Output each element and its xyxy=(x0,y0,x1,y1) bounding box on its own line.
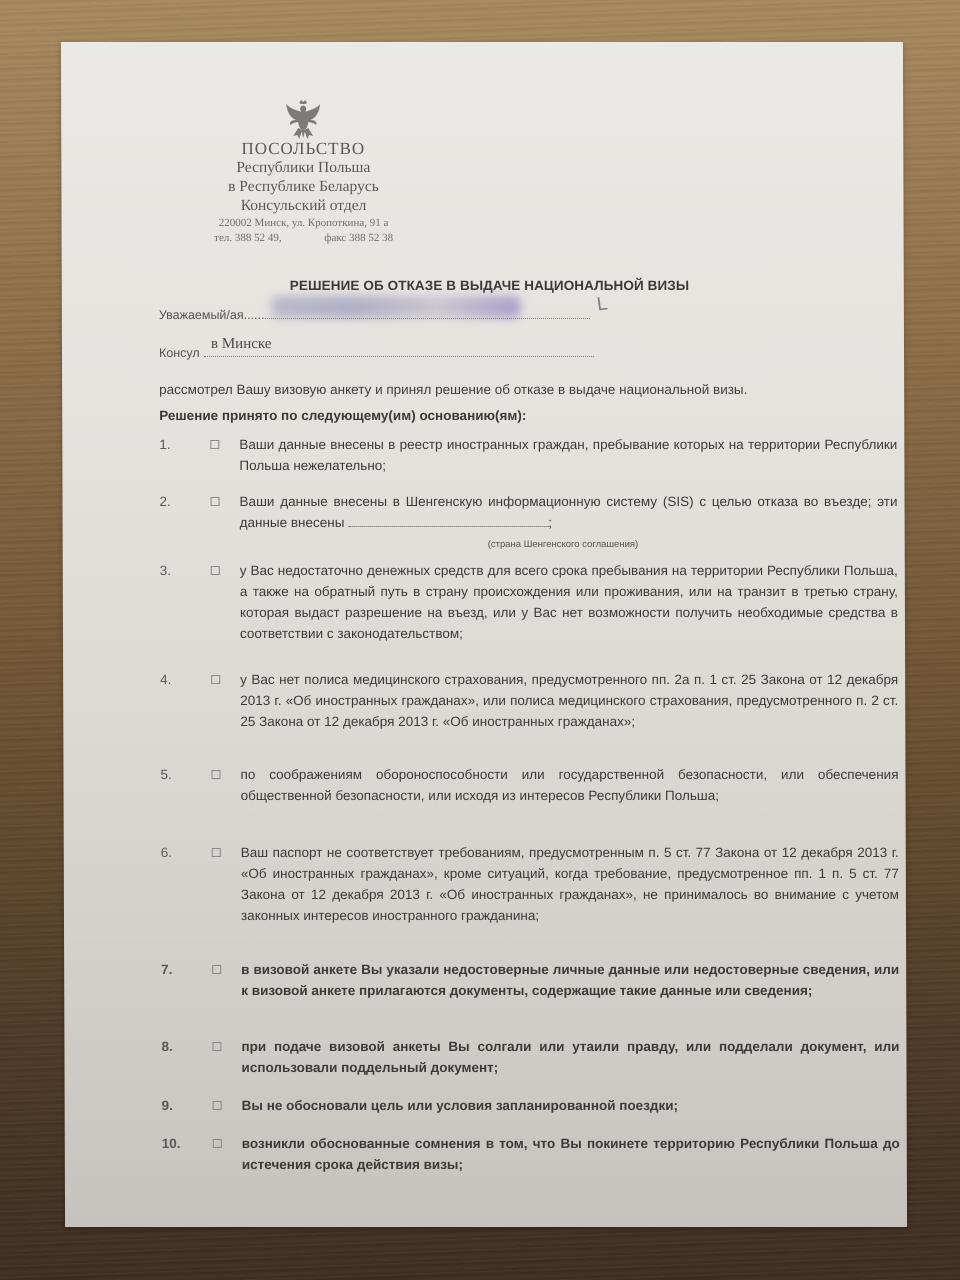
ground-text: Ваш паспорт не соответствует требованиям… xyxy=(241,842,899,926)
redacted-name xyxy=(271,296,521,318)
visa-refusal-document: ПОСОЛЬСТВО Республики Польша в Республик… xyxy=(61,42,907,1227)
ground-text: в визовой анкете Вы указали недостоверны… xyxy=(241,959,899,1001)
ground-text: у Вас недостаточно денежных средств для … xyxy=(240,560,898,644)
embassy-address: 220002 Минск, ул. Кропоткина, 91 а xyxy=(154,217,454,229)
ground-checkbox[interactable] xyxy=(212,965,221,974)
consul-label: Консул xyxy=(159,346,200,360)
ground-checkbox[interactable] xyxy=(212,848,221,857)
ground-number: 4. xyxy=(160,669,190,690)
polish-eagle-emblem-icon xyxy=(285,100,321,140)
addressee-label: Уважаемый/ая...... xyxy=(159,308,265,322)
ground-checkbox[interactable] xyxy=(211,566,220,575)
ground-number: 3. xyxy=(160,560,190,581)
consul-field: Консул в Минске xyxy=(159,344,594,360)
consul-city: в Минске xyxy=(211,336,272,353)
ground-text: Ваши данные внесены в реестр иностранных… xyxy=(239,434,897,476)
embassy-host-country: в Республике Беларусь xyxy=(153,178,453,196)
ground-checkbox[interactable] xyxy=(211,675,220,684)
ground-text: по соображениям обороноспособности или г… xyxy=(240,764,898,806)
ground-text: возникли обоснованные сомнения в том, чт… xyxy=(242,1133,900,1175)
grounds-heading: Решение принято по следующему(им) основа… xyxy=(159,408,526,423)
ground-checkbox[interactable] xyxy=(213,1139,222,1148)
document-title: РЕШЕНИЕ ОБ ОТКАЗЕ В ВЫДАЧЕ НАЦИОНАЛЬНОЙ … xyxy=(290,278,689,293)
ground-number: 1. xyxy=(159,434,189,455)
ground-text: у Вас нет полиса медицинского страховани… xyxy=(240,669,898,732)
embassy-phone: тел. 388 52 49, xyxy=(214,232,281,244)
ground-number: 8. xyxy=(161,1036,191,1057)
ground-number: 7. xyxy=(161,959,191,980)
ground-checkbox[interactable] xyxy=(211,770,220,779)
country-caption: (страна Шенгенского соглашения) xyxy=(488,534,639,555)
embassy-title: ПОСОЛЬСТВО xyxy=(153,139,453,159)
ground-checkbox[interactable] xyxy=(212,1042,221,1051)
ground-number: 5. xyxy=(160,764,190,785)
ground-text: Ваши данные внесены в Шенгенскую информа… xyxy=(239,491,897,533)
ground-number: 9. xyxy=(162,1095,192,1116)
country-fill-line xyxy=(348,514,548,527)
addressee-field: Уважаемый/ая...... L xyxy=(159,306,590,322)
ground-number: 2. xyxy=(159,491,189,512)
embassy-contacts: тел. 388 52 49, факс 388 52 38 xyxy=(154,232,454,244)
embassy-country: Республики Польша xyxy=(153,159,453,177)
ground-number: 6. xyxy=(161,842,191,863)
ground-checkbox[interactable] xyxy=(210,440,219,449)
consular-section: Консульский отдел xyxy=(153,197,453,215)
ground-checkbox[interactable] xyxy=(213,1101,222,1110)
embassy-fax: факс 388 52 38 xyxy=(324,232,393,244)
decision-intro: рассмотрел Вашу визовую анкету и принял … xyxy=(159,382,747,397)
ground-number: 10. xyxy=(162,1133,192,1154)
ground-text: при подаче визовой анкеты Вы солгали или… xyxy=(241,1036,899,1078)
handwritten-mark: L xyxy=(595,293,608,315)
ground-checkbox[interactable] xyxy=(211,497,220,506)
ground-text: Вы не обосновали цель или условия заплан… xyxy=(242,1095,900,1116)
